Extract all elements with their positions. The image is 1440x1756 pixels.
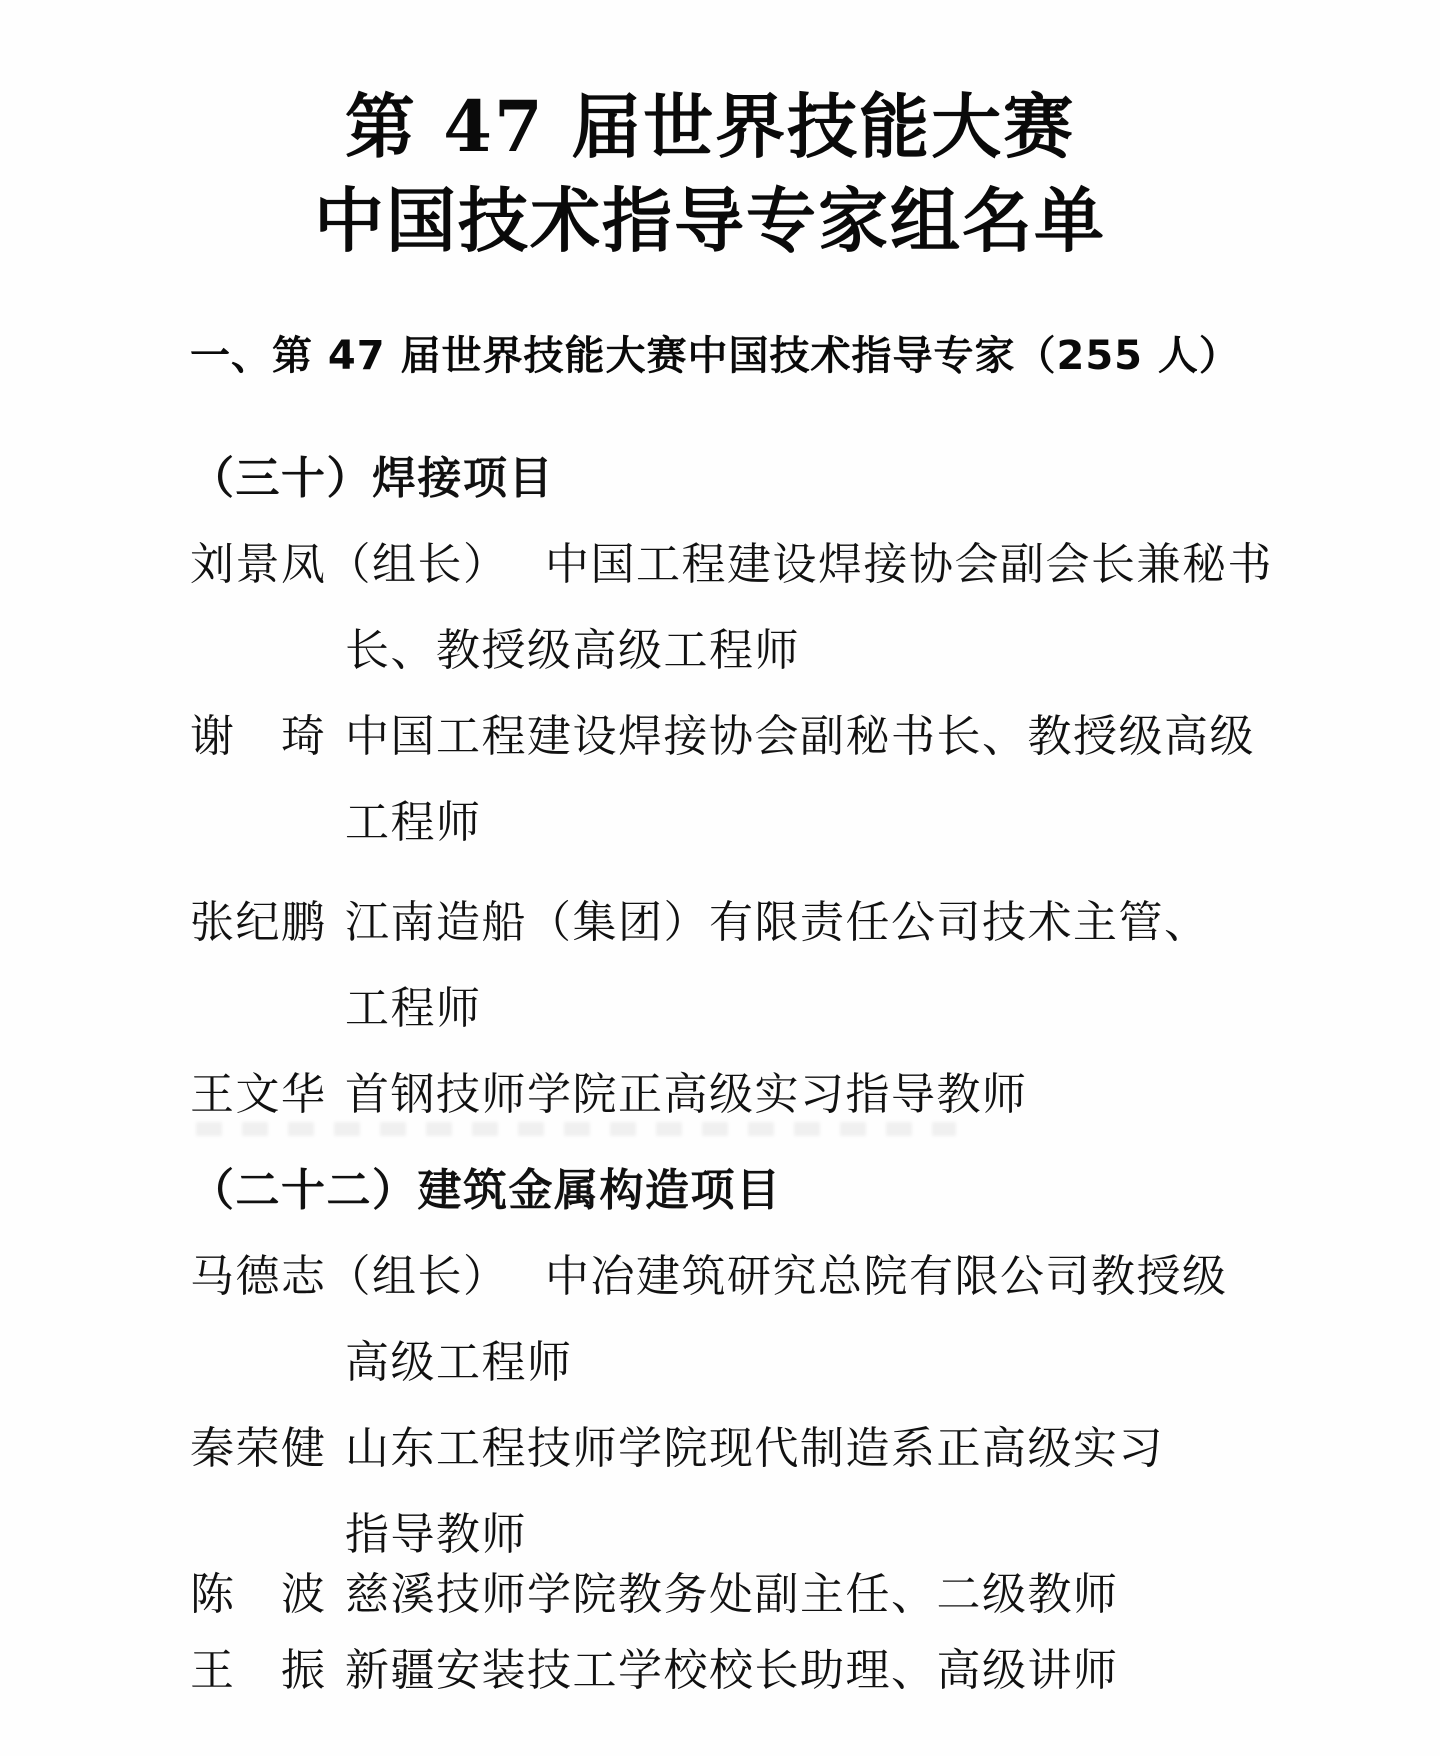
expert-entry: 王 振 新疆安装技工学校校长助理、高级讲师 — [190, 1628, 1275, 1714]
group-welding: （三十）焊接项目 刘景凤（组长） 中国工程建设焊接协会副会长兼秘书 长、教授级高… — [190, 436, 1275, 1138]
expert-entry: 张纪鹏 江南造船（集团）有限责任公司技术主管、 工程师 — [190, 880, 1275, 1052]
document-title: 第 47 届世界技能大赛 中国技术指导专家组名单 — [0, 0, 1440, 268]
expert-name: 马德志（组长） — [190, 1234, 509, 1320]
document-page: 第 47 届世界技能大赛 中国技术指导专家组名单 一、第 47 届世界技能大赛中… — [0, 0, 1440, 1756]
group-construction-metal-work: （二十二）建筑金属构造项目 马德志（组长） 中冶建筑研究总院有限公司教授级 高级… — [190, 1148, 1275, 1714]
document-body: 一、第 47 届世界技能大赛中国技术指导专家（255 人） （三十）焊接项目 刘… — [190, 328, 1275, 1714]
expert-name-text: 张纪鹏 — [190, 897, 327, 948]
expert-entry: 王文华 首钢技师学院正高级实习指导教师 — [190, 1052, 1275, 1138]
expert-name: 张纪鹏 — [190, 880, 327, 966]
expert-name: 陈 波 — [190, 1552, 327, 1638]
expert-name: 秦荣健 — [190, 1406, 327, 1492]
expert-entry: 陈 波 慈溪技师学院教务处副主任、二级教师 — [190, 1552, 1275, 1638]
expert-name-text: 陈 波 — [190, 1569, 327, 1620]
expert-name-text: 王文华 — [190, 1069, 327, 1120]
expert-name-text: 马德志 — [190, 1251, 327, 1302]
expert-role-suffix: （组长） — [327, 1251, 509, 1302]
expert-name: 谢 琦 — [190, 694, 327, 780]
expert-name: 刘景凤（组长） — [190, 522, 509, 608]
expert-description-line: 中国工程建设焊接协会副秘书长、教授级高级 — [345, 694, 1275, 780]
expert-description-line: 长、教授级高级工程师 — [345, 608, 1275, 694]
group-heading: （二十二）建筑金属构造项目 — [190, 1148, 1275, 1234]
expert-entry: 刘景凤（组长） 中国工程建设焊接协会副会长兼秘书 长、教授级高级工程师 — [190, 522, 1275, 694]
expert-name: 王文华 — [190, 1052, 327, 1138]
expert-description-line: 工程师 — [345, 966, 1275, 1052]
document-title-line-2: 中国技术指导专家组名单 — [0, 174, 1420, 268]
expert-description-line: 工程师 — [345, 780, 1275, 866]
expert-description-line: 慈溪技师学院教务处副主任、二级教师 — [345, 1552, 1275, 1638]
expert-name-text: 王 振 — [190, 1645, 327, 1696]
section-heading: 一、第 47 届世界技能大赛中国技术指导专家（255 人） — [190, 328, 1275, 384]
expert-entry: 马德志（组长） 中冶建筑研究总院有限公司教授级 高级工程师 — [190, 1234, 1275, 1406]
expert-name-text: 刘景凤 — [190, 539, 327, 590]
expert-description-line: 江南造船（集团）有限责任公司技术主管、 — [345, 880, 1275, 966]
group-heading: （三十）焊接项目 — [190, 436, 1275, 522]
expert-description-line: 新疆安装技工学校校长助理、高级讲师 — [345, 1628, 1275, 1714]
expert-name-text: 秦荣健 — [190, 1423, 327, 1474]
expert-description-line: 首钢技师学院正高级实习指导教师 — [345, 1052, 1275, 1138]
expert-description-line: 高级工程师 — [345, 1320, 1275, 1406]
expert-name: 王 振 — [190, 1628, 327, 1714]
expert-description-line: 山东工程技师学院现代制造系正高级实习 — [345, 1406, 1275, 1492]
document-title-line-1: 第 47 届世界技能大赛 — [0, 80, 1420, 174]
expert-name-text: 谢 琦 — [190, 711, 327, 762]
expert-entry: 谢 琦 中国工程建设焊接协会副秘书长、教授级高级 工程师 — [190, 694, 1275, 866]
expert-role-suffix: （组长） — [327, 539, 509, 590]
